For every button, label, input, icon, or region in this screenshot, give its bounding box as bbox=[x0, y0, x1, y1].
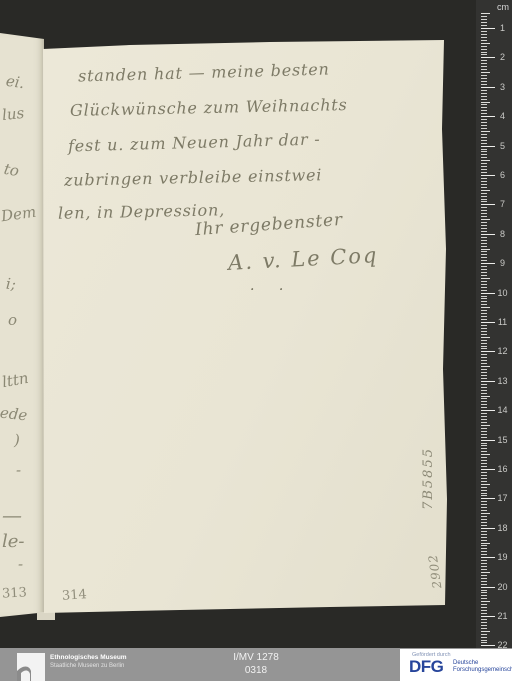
ruler-tick bbox=[481, 234, 495, 235]
ruler-tick bbox=[481, 22, 487, 23]
ruler-tick bbox=[481, 281, 487, 282]
ruler-tick bbox=[481, 307, 490, 308]
ruler-tick bbox=[481, 237, 487, 238]
ruler-tick bbox=[481, 96, 487, 97]
ruler-tick bbox=[481, 125, 487, 126]
ruler-tick bbox=[481, 634, 487, 635]
ruler-tick bbox=[481, 81, 487, 82]
partial-handwriting-fragment: ede bbox=[0, 404, 28, 425]
ruler-tick bbox=[481, 34, 487, 35]
ruler-tick bbox=[481, 590, 487, 591]
ruler-tick bbox=[481, 516, 487, 517]
partial-handwriting-fragment: le- bbox=[2, 531, 25, 552]
ruler-tick bbox=[481, 72, 490, 73]
ruler-tick bbox=[481, 199, 487, 200]
ruler-tick bbox=[481, 357, 487, 358]
funder-name: Deutsche Forschungsgemeinschaft bbox=[453, 660, 512, 674]
ruler-tick bbox=[481, 513, 490, 514]
signature-line: A. v. Le Coq bbox=[227, 243, 379, 275]
vertical-inventory-number: 7B5855 bbox=[421, 447, 436, 510]
ruler-tick bbox=[481, 78, 487, 79]
ruler-tick bbox=[481, 422, 487, 423]
ruler-tick bbox=[481, 525, 487, 526]
ruler-tick bbox=[481, 460, 487, 461]
ruler-tick bbox=[481, 560, 487, 561]
ruler-tick bbox=[481, 143, 487, 144]
ruler-tick bbox=[481, 102, 490, 103]
ruler-tick bbox=[481, 401, 487, 402]
ruler-tick bbox=[481, 207, 487, 208]
ruler-tick bbox=[481, 107, 487, 108]
footer-bar: Ethnologisches Museum Staatliche Museen … bbox=[0, 648, 512, 681]
ruler-number: 4 bbox=[496, 111, 509, 121]
ruler-tick bbox=[481, 260, 487, 261]
paper-tab bbox=[37, 612, 55, 620]
ruler-tick bbox=[481, 275, 487, 276]
ruler-tick bbox=[481, 540, 487, 541]
dfg-funding-box: Gefördert durch DFG Deutsche Forschungsg… bbox=[400, 649, 512, 681]
ruler-tick bbox=[481, 201, 487, 202]
ruler-tick bbox=[481, 249, 490, 250]
corner-number: 2902 bbox=[426, 553, 445, 589]
ruler-tick bbox=[481, 298, 487, 299]
ruler-tick bbox=[481, 184, 487, 185]
ruler-tick bbox=[481, 351, 495, 352]
ruler-tick bbox=[481, 113, 487, 114]
ruler-tick bbox=[481, 537, 487, 538]
ruler-tick bbox=[481, 575, 487, 576]
ruler-tick bbox=[481, 534, 487, 535]
ruler-tick bbox=[481, 372, 487, 373]
ruler-tick bbox=[481, 604, 487, 605]
ruler-tick bbox=[481, 487, 487, 488]
ruler-tick bbox=[481, 396, 490, 397]
ruler-tick bbox=[481, 428, 487, 429]
ruler-tick bbox=[481, 393, 487, 394]
ruler-tick bbox=[481, 13, 490, 14]
ruler-number: 6 bbox=[496, 170, 509, 180]
ruler-tick bbox=[481, 628, 487, 629]
ruler-tick bbox=[481, 381, 495, 382]
ruler-number: 14 bbox=[496, 405, 509, 415]
ruler-tick bbox=[481, 225, 487, 226]
ruler-tick bbox=[481, 484, 490, 485]
letter-page: standen hat — meine besten Glückwünsche … bbox=[40, 39, 450, 613]
ruler-tick bbox=[481, 257, 487, 258]
ruler-number: 19 bbox=[496, 552, 509, 562]
ruler-tick bbox=[481, 181, 487, 182]
ruler-tick bbox=[481, 416, 487, 417]
ruler-tick bbox=[481, 510, 487, 511]
ruler-tick bbox=[481, 554, 487, 555]
ruler-tick bbox=[481, 196, 487, 197]
ruler-tick bbox=[481, 328, 487, 329]
ruler-tick bbox=[481, 437, 487, 438]
ruler-tick bbox=[481, 443, 487, 444]
ruler-tick bbox=[481, 369, 487, 370]
ruler-tick bbox=[481, 25, 487, 26]
ruler-tick bbox=[481, 507, 487, 508]
ruler-tick bbox=[481, 246, 487, 247]
ruler-number: 9 bbox=[496, 258, 509, 268]
ruler-tick bbox=[481, 340, 487, 341]
ruler-tick bbox=[481, 607, 487, 608]
ruler-tick bbox=[481, 322, 495, 323]
previous-page-strip: ei. lus to Dem i; o lttn ede ) - — le- - bbox=[0, 33, 44, 617]
ruler-tick bbox=[481, 348, 487, 349]
ruler-tick bbox=[481, 519, 487, 520]
ruler-tick bbox=[481, 49, 487, 50]
ruler-tick bbox=[481, 84, 487, 85]
ruler-tick bbox=[481, 543, 490, 544]
ruler-tick bbox=[481, 642, 487, 643]
partial-handwriting-fragment: ei. bbox=[5, 72, 26, 92]
ruler-tick bbox=[481, 110, 487, 111]
ruler-tick bbox=[481, 278, 490, 279]
partial-handwriting-fragment: o bbox=[8, 311, 17, 329]
ruler-tick bbox=[481, 228, 487, 229]
ruler-tick bbox=[481, 419, 487, 420]
letter-line: zubringen verbleibe einstwei bbox=[64, 165, 323, 189]
ruler-tick bbox=[481, 160, 490, 161]
ruler-tick bbox=[481, 384, 487, 385]
ruler-tick bbox=[481, 293, 495, 294]
ruler-tick bbox=[481, 213, 487, 214]
ruler-tick bbox=[481, 243, 487, 244]
ruler-tick bbox=[481, 375, 487, 376]
funder-name-line2: Forschungsgemeinschaft bbox=[453, 667, 512, 674]
ruler-tick bbox=[481, 231, 487, 232]
ruler-tick bbox=[481, 425, 490, 426]
ruler-number: 15 bbox=[496, 435, 509, 445]
ruler-tick bbox=[481, 169, 487, 170]
ruler-tick bbox=[481, 566, 487, 567]
ruler-tick bbox=[481, 178, 487, 179]
ruler-tick bbox=[481, 172, 487, 173]
partial-handwriting-fragment: - bbox=[16, 461, 21, 479]
ruler-tick bbox=[481, 63, 487, 64]
ruler-tick bbox=[481, 363, 487, 364]
ruler-tick bbox=[481, 46, 487, 47]
ruler-tick bbox=[481, 528, 495, 529]
ruler-tick bbox=[481, 451, 487, 452]
ruler-tick bbox=[481, 434, 487, 435]
ruler-tick bbox=[481, 522, 487, 523]
ruler-tick bbox=[481, 254, 487, 255]
ruler-tick bbox=[481, 581, 487, 582]
partial-handwriting-fragment: lttn bbox=[1, 369, 30, 391]
ruler-tick bbox=[481, 645, 495, 646]
ruler-tick bbox=[481, 128, 487, 129]
ruler-tick bbox=[481, 584, 487, 585]
ruler-tick bbox=[481, 137, 487, 138]
ruler-tick bbox=[481, 40, 487, 41]
ruler-tick bbox=[481, 266, 487, 267]
ruler-number: 8 bbox=[496, 229, 509, 239]
ruler-tick bbox=[481, 619, 487, 620]
ruler-number: 20 bbox=[496, 582, 509, 592]
ruler-number: 18 bbox=[496, 523, 509, 533]
ruler-tick bbox=[481, 313, 487, 314]
ruler-tick bbox=[481, 378, 487, 379]
ruler-tick bbox=[481, 99, 487, 100]
ruler-tick bbox=[481, 57, 495, 58]
ruler-tick bbox=[481, 337, 490, 338]
ruler-tick bbox=[481, 498, 495, 499]
ruler-tick bbox=[481, 190, 490, 191]
ruler-tick bbox=[481, 563, 487, 564]
signature-dots: · · bbox=[250, 282, 293, 298]
ruler-tick bbox=[481, 490, 487, 491]
ruler-tick bbox=[481, 463, 487, 464]
ruler-tick bbox=[481, 595, 487, 596]
page-number-main: 314 bbox=[62, 587, 88, 604]
ruler-number: 13 bbox=[496, 376, 509, 386]
ruler-tick bbox=[481, 304, 487, 305]
ruler-tick bbox=[481, 495, 487, 496]
ruler-tick bbox=[481, 54, 487, 55]
ruler-tick bbox=[481, 440, 495, 441]
ruler-unit-label: cm bbox=[497, 2, 509, 12]
ruler-tick bbox=[481, 90, 487, 91]
ruler-tick bbox=[481, 475, 487, 476]
ruler-tick bbox=[481, 501, 487, 502]
partial-handwriting-fragment: ) bbox=[14, 431, 20, 449]
ruler-tick bbox=[481, 613, 487, 614]
ruler-tick bbox=[481, 60, 487, 61]
ruler-tick bbox=[481, 578, 487, 579]
ruler-number: 2 bbox=[496, 52, 509, 62]
ruler-tick bbox=[481, 472, 487, 473]
ruler-tick bbox=[481, 193, 487, 194]
ruler-tick bbox=[481, 287, 487, 288]
ruler-tick bbox=[481, 93, 487, 94]
ruler-tick bbox=[481, 251, 487, 252]
ruler-tick bbox=[481, 175, 495, 176]
ruler-tick bbox=[481, 587, 495, 588]
ruler-tick bbox=[481, 407, 487, 408]
ruler-tick bbox=[481, 448, 487, 449]
ruler-tick bbox=[481, 149, 487, 150]
ruler-tick bbox=[481, 216, 487, 217]
ruler-tick bbox=[481, 87, 495, 88]
ruler-tick bbox=[481, 204, 495, 205]
ruler-tick bbox=[481, 222, 487, 223]
ruler-tick bbox=[481, 390, 487, 391]
letter-line: Glückwünsche zum Weihnachts bbox=[70, 95, 348, 120]
ruler-tick bbox=[481, 592, 487, 593]
ruler-tick bbox=[481, 398, 487, 399]
ruler-tick bbox=[481, 310, 487, 311]
scan-viewer: cm 12345678910111213141516171819202122 e… bbox=[0, 0, 512, 681]
ruler-tick bbox=[481, 334, 487, 335]
ruler-tick bbox=[481, 466, 487, 467]
ruler-tick bbox=[481, 601, 490, 602]
partial-handwriting-fragment: i; bbox=[5, 275, 16, 294]
ruler-tick bbox=[481, 331, 487, 332]
ruler-tick bbox=[481, 631, 490, 632]
ruler-tick bbox=[481, 219, 490, 220]
ruler-tick bbox=[481, 413, 487, 414]
ruler-tick bbox=[481, 104, 487, 105]
ruler-tick bbox=[481, 431, 487, 432]
ruler-tick bbox=[481, 163, 487, 164]
ruler-tick bbox=[481, 637, 487, 638]
ruler-tick bbox=[481, 360, 487, 361]
partial-handwriting-fragment: Dem bbox=[0, 203, 37, 226]
ruler-number: 11 bbox=[496, 317, 509, 327]
ruler-tick bbox=[481, 119, 487, 120]
partial-handwriting-fragment: — bbox=[2, 503, 22, 527]
ruler-tick bbox=[481, 154, 487, 155]
ruler-tick bbox=[481, 325, 487, 326]
ruler-tick bbox=[481, 37, 487, 38]
ruler-tick bbox=[481, 296, 487, 297]
ruler-tick bbox=[481, 545, 487, 546]
ruler-tick bbox=[481, 134, 487, 135]
ruler-tick bbox=[481, 410, 495, 411]
ruler-tick bbox=[481, 146, 495, 147]
ruler-tick bbox=[481, 75, 487, 76]
ruler-number: 10 bbox=[496, 288, 509, 298]
ruler-tick bbox=[481, 290, 487, 291]
ruler-tick bbox=[481, 43, 490, 44]
ruler-tick bbox=[481, 610, 487, 611]
ruler-tick bbox=[481, 66, 487, 67]
page-number-previous: 313 bbox=[2, 585, 28, 601]
ruler-tick bbox=[481, 548, 487, 549]
ruler-tick bbox=[481, 598, 487, 599]
ruler-tick bbox=[481, 504, 487, 505]
ruler-tick bbox=[481, 616, 495, 617]
ruler: cm 12345678910111213141516171819202122 bbox=[476, 0, 512, 648]
ruler-tick bbox=[481, 346, 487, 347]
ruler-tick bbox=[481, 166, 487, 167]
ruler-tick bbox=[481, 52, 487, 53]
ruler-tick bbox=[481, 572, 490, 573]
ruler-tick bbox=[481, 551, 487, 552]
ruler-tick bbox=[481, 301, 487, 302]
ruler-tick bbox=[481, 140, 487, 141]
ruler-number: 16 bbox=[496, 464, 509, 474]
ruler-tick bbox=[481, 263, 495, 264]
ruler-tick bbox=[481, 454, 490, 455]
ruler-tick bbox=[481, 640, 487, 641]
letter-line: standen hat — meine besten bbox=[78, 59, 330, 85]
ruler-tick bbox=[481, 557, 495, 558]
ruler-tick bbox=[481, 284, 487, 285]
ruler-tick bbox=[481, 69, 487, 70]
ruler-tick bbox=[481, 387, 487, 388]
ruler-tick bbox=[481, 210, 487, 211]
ruler-tick bbox=[481, 240, 487, 241]
ruler-tick bbox=[481, 366, 490, 367]
ruler-tick bbox=[481, 531, 487, 532]
ruler-tick bbox=[481, 131, 490, 132]
ruler-tick bbox=[481, 151, 487, 152]
funder-name-line1: Deutsche bbox=[453, 660, 512, 667]
ruler-tick bbox=[481, 469, 495, 470]
ruler-tick bbox=[481, 116, 495, 117]
partial-handwriting-fragment: lus bbox=[1, 104, 25, 124]
ruler-tick bbox=[481, 625, 487, 626]
ruler-tick bbox=[481, 569, 487, 570]
ruler-tick bbox=[481, 19, 487, 20]
ruler-number: 1 bbox=[496, 23, 509, 33]
ruler-tick bbox=[481, 28, 495, 29]
letter-line: fest u. zum Neuen Jahr dar - bbox=[68, 129, 321, 155]
dfg-logo: DFG bbox=[409, 657, 443, 677]
ruler-number: 5 bbox=[496, 141, 509, 151]
partial-handwriting-fragment: to bbox=[3, 160, 21, 180]
ruler-number: 12 bbox=[496, 346, 509, 356]
ruler-tick bbox=[481, 319, 487, 320]
ruler-tick bbox=[481, 493, 487, 494]
ruler-number: 17 bbox=[496, 493, 509, 503]
ruler-tick bbox=[481, 478, 487, 479]
ruler-number: 21 bbox=[496, 611, 509, 621]
ruler-tick bbox=[481, 269, 487, 270]
ruler-tick bbox=[481, 457, 487, 458]
ruler-tick bbox=[481, 445, 487, 446]
ruler-tick bbox=[481, 122, 487, 123]
ruler-number: 3 bbox=[496, 82, 509, 92]
ruler-tick bbox=[481, 157, 487, 158]
ruler-tick bbox=[481, 343, 487, 344]
ruler-tick bbox=[481, 404, 487, 405]
ruler-tick bbox=[481, 31, 487, 32]
ruler-tick bbox=[481, 272, 487, 273]
ruler-tick bbox=[481, 16, 487, 17]
ruler-tick bbox=[481, 354, 487, 355]
ruler-tick bbox=[481, 316, 487, 317]
ruler-tick bbox=[481, 622, 487, 623]
partial-handwriting-fragment: - bbox=[18, 555, 23, 573]
ruler-tick bbox=[481, 187, 487, 188]
ruler-number: 7 bbox=[496, 199, 509, 209]
ruler-tick bbox=[481, 481, 487, 482]
